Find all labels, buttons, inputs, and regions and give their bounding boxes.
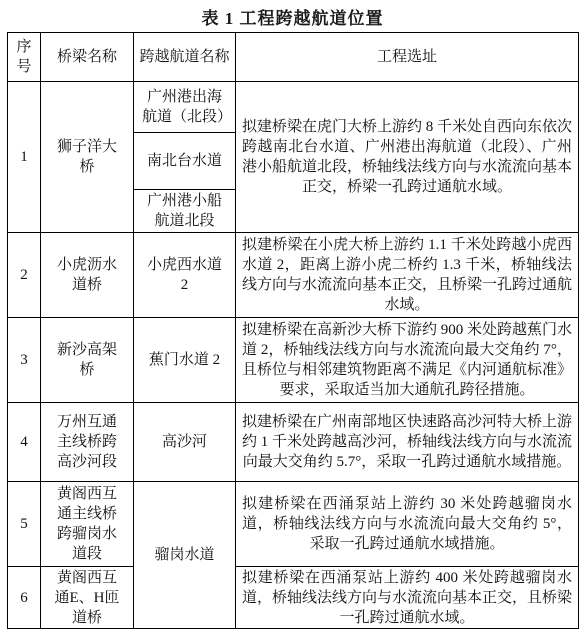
- cell-seq-5: 5: [8, 482, 41, 567]
- cell-site-6: 拟建桥梁在西涌泵站上游约 400 米处跨越骝岗水道，桥轴线法线方向与水流流向基本…: [236, 567, 579, 629]
- cell-bridge-5: 黄阁西互通主线桥跨骝岗水道段: [41, 482, 134, 567]
- cell-bridge-1: 狮子洋大桥: [41, 82, 134, 233]
- cell-seq-4: 4: [8, 403, 41, 482]
- header-site-selection: 工程选址: [236, 33, 579, 82]
- table-row: 6 黄阁西互通E、H匝道桥 拟建桥梁在西涌泵站上游约 400 米处跨越骝岗水道，…: [8, 567, 579, 629]
- table-row: 3 新沙高架桥 蕉门水道 2 拟建桥梁在高新沙大桥下游约 900 米处跨越蕉门水…: [8, 318, 579, 403]
- cell-channel-2: 小虎西水道 2: [134, 233, 236, 318]
- table-row: 1 狮子洋大桥 广州港出海航道（北段） 拟建桥梁在虎门大桥上游约 8 千米处自西…: [8, 82, 579, 133]
- cell-bridge-3: 新沙高架桥: [41, 318, 134, 403]
- header-bridge-name: 桥梁名称: [41, 33, 134, 82]
- header-seq: 序号: [8, 33, 41, 82]
- cell-seq-3: 3: [8, 318, 41, 403]
- cell-site-2: 拟建桥梁在小虎大桥上游约 1.1 千米处跨越小虎西水道 2，距离上游小虎二桥约 …: [236, 233, 579, 318]
- cell-channel-1a: 广州港出海航道（北段）: [134, 82, 236, 133]
- cell-seq-1: 1: [8, 82, 41, 233]
- cell-channel-1b: 南北台水道: [134, 133, 236, 190]
- table-title: 表 1 工程跨越航道位置: [0, 0, 585, 32]
- cell-channel-3: 蕉门水道 2: [134, 318, 236, 403]
- cell-bridge-4: 万州互通主线桥跨高沙河段: [41, 403, 134, 482]
- table-row: 2 小虎沥水道桥 小虎西水道 2 拟建桥梁在小虎大桥上游约 1.1 千米处跨越小…: [8, 233, 579, 318]
- cell-bridge-2: 小虎沥水道桥: [41, 233, 134, 318]
- header-row: 序号 桥梁名称 跨越航道名称 工程选址: [8, 33, 579, 82]
- cell-site-1: 拟建桥梁在虎门大桥上游约 8 千米处自西向东依次跨越南北台水道、广州港出海航道（…: [236, 82, 579, 233]
- cell-seq-6: 6: [8, 567, 41, 629]
- cell-bridge-6: 黄阁西互通E、H匝道桥: [41, 567, 134, 629]
- cell-channel-5-6: 骝岗水道: [134, 482, 236, 629]
- cell-channel-4: 高沙河: [134, 403, 236, 482]
- channel-crossing-table: 序号 桥梁名称 跨越航道名称 工程选址 1 狮子洋大桥 广州港出海航道（北段） …: [7, 32, 579, 629]
- document-page: 表 1 工程跨越航道位置 序号 桥梁名称 跨越航道名称 工程选址 1 狮子洋大桥…: [0, 0, 585, 632]
- cell-site-3: 拟建桥梁在高新沙大桥下游约 900 米处跨越蕉门水道 2，桥轴线法线方向与水流流…: [236, 318, 579, 403]
- header-channel-name: 跨越航道名称: [134, 33, 236, 82]
- cell-site-5: 拟建桥梁在西涌泵站上游约 30 米处跨越骝岗水道，桥轴线法线方向与水流流向最大交…: [236, 482, 579, 567]
- cell-channel-1c: 广州港小船航道北段: [134, 190, 236, 233]
- table-row: 4 万州互通主线桥跨高沙河段 高沙河 拟建桥梁在广州南部地区快速路高沙河特大桥上…: [8, 403, 579, 482]
- cell-site-4: 拟建桥梁在广州南部地区快速路高沙河特大桥上游约 1 千米处跨越高沙河，桥轴线法线…: [236, 403, 579, 482]
- cell-seq-2: 2: [8, 233, 41, 318]
- table-row: 5 黄阁西互通主线桥跨骝岗水道段 骝岗水道 拟建桥梁在西涌泵站上游约 30 米处…: [8, 482, 579, 567]
